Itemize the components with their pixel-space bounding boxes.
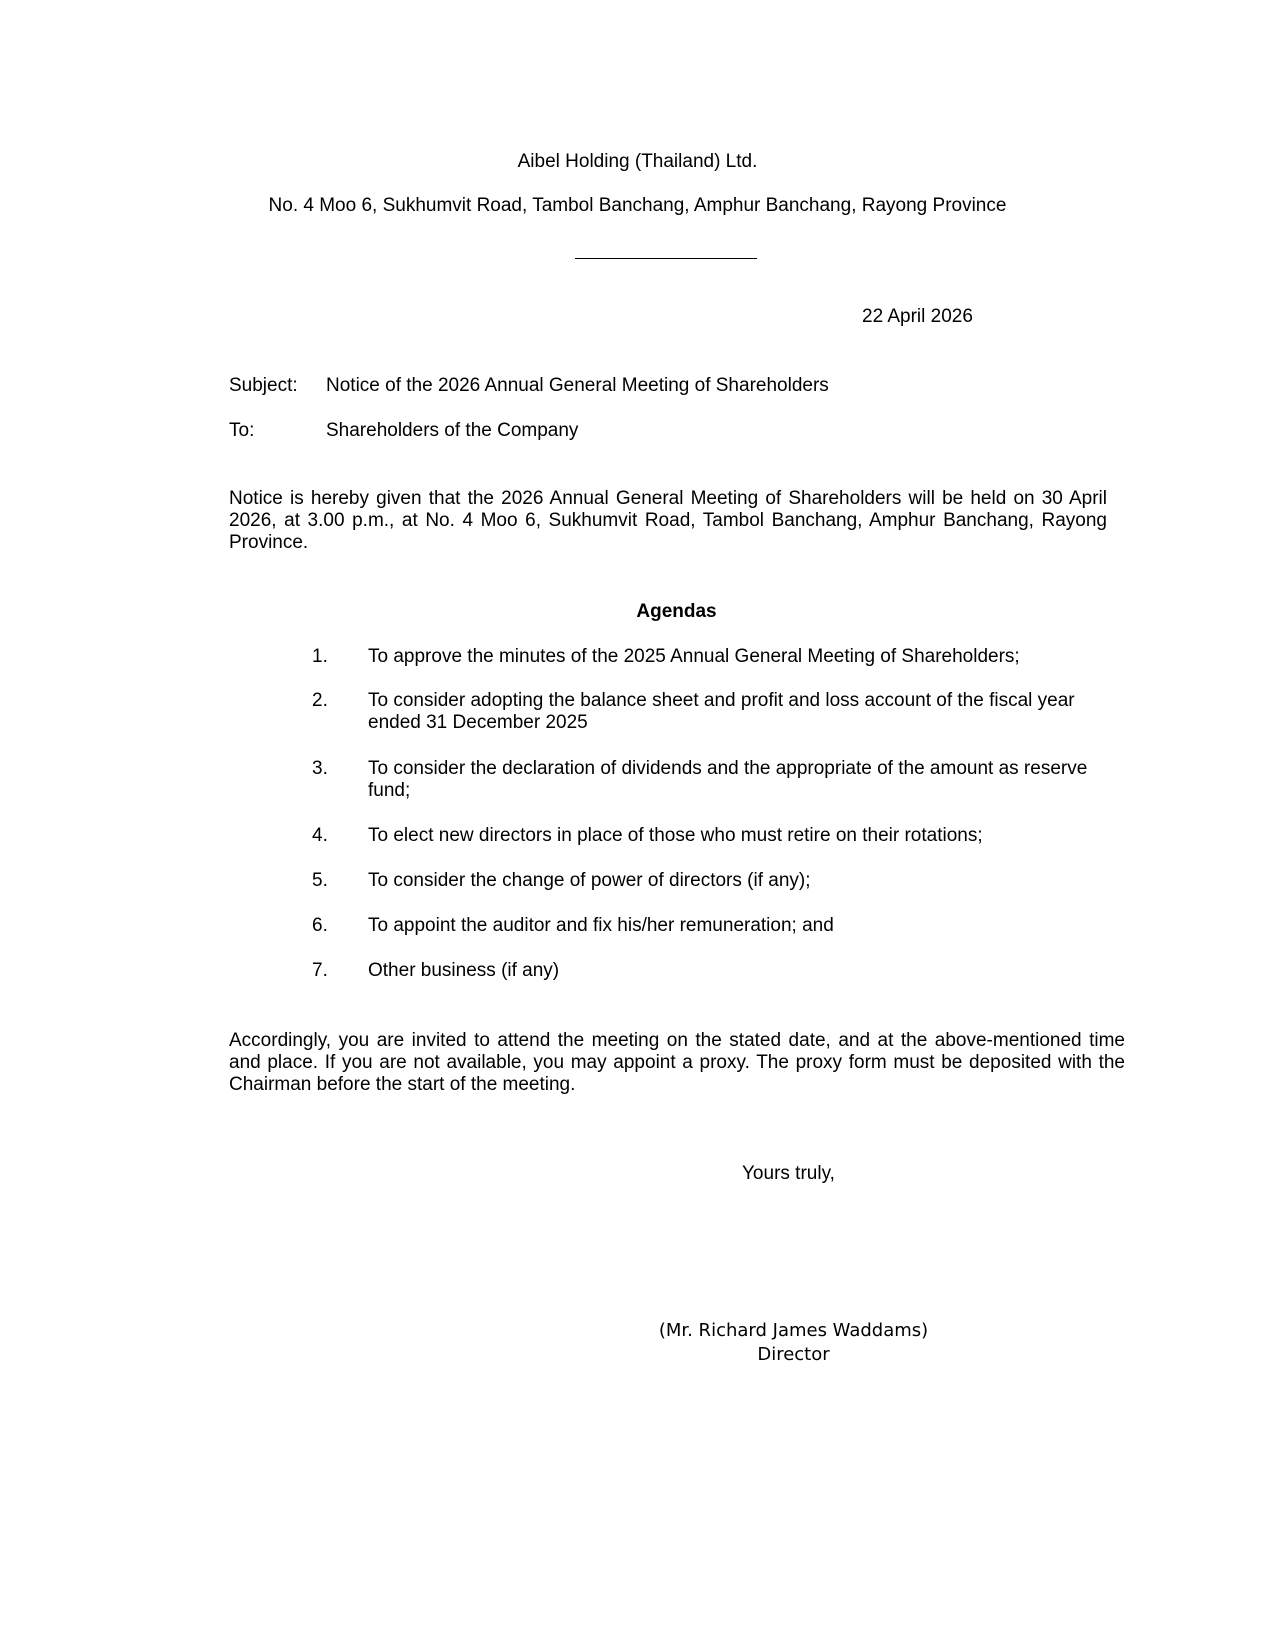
subject-label: Subject: bbox=[229, 375, 298, 397]
agenda-item-text: Other business (if any) bbox=[368, 960, 1088, 982]
agenda-item-number: 7. bbox=[312, 960, 328, 982]
agenda-item-number: 4. bbox=[312, 825, 328, 847]
company-name: Aibel Holding (Thailand) Ltd. bbox=[0, 151, 1275, 173]
agenda-item-text: To consider the change of power of direc… bbox=[368, 870, 1088, 892]
agenda-item-number: 6. bbox=[312, 915, 328, 937]
agenda-heading: Agendas bbox=[0, 601, 1275, 623]
agenda-item-text: To elect new directors in place of those… bbox=[368, 825, 1088, 847]
agenda-item-text: To approve the minutes of the 2025 Annua… bbox=[368, 646, 1088, 668]
agenda-item-text: To consider adopting the balance sheet a… bbox=[368, 690, 1088, 734]
company-address: No. 4 Moo 6, Sukhumvit Road, Tambol Banc… bbox=[0, 195, 1275, 217]
agenda-item-text: To appoint the auditor and fix his/her r… bbox=[368, 915, 1088, 937]
recipient-value: Shareholders of the Company bbox=[326, 420, 578, 442]
signatory-title: Director bbox=[0, 1344, 1275, 1366]
separator-line bbox=[575, 258, 757, 259]
recipient-label: To: bbox=[229, 420, 254, 442]
notice-paragraph: Notice is hereby given that the 2026 Ann… bbox=[229, 488, 1107, 554]
agenda-item-number: 3. bbox=[312, 758, 328, 780]
agenda-item-number: 1. bbox=[312, 646, 328, 668]
agenda-item-text: To consider the declaration of dividends… bbox=[368, 758, 1088, 802]
letter-date: 22 April 2026 bbox=[862, 306, 973, 328]
agenda-item-number: 5. bbox=[312, 870, 328, 892]
salutation: Yours truly, bbox=[742, 1163, 835, 1185]
closing-paragraph: Accordingly, you are invited to attend t… bbox=[229, 1030, 1125, 1096]
subject-value: Notice of the 2026 Annual General Meetin… bbox=[326, 375, 829, 397]
signatory-name: (Mr. Richard James Waddams) bbox=[0, 1320, 1275, 1342]
agenda-item-number: 2. bbox=[312, 690, 328, 712]
